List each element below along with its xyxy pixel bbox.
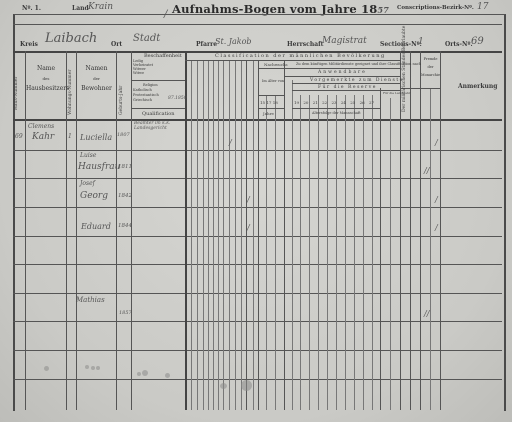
tick-mark: / bbox=[435, 138, 438, 147]
tick-mark: // bbox=[424, 166, 429, 175]
ink-stain bbox=[241, 380, 252, 391]
tick-mark: / bbox=[247, 223, 250, 232]
reserve-header: Für die Reserve bbox=[318, 85, 377, 90]
col-namen-bewohner: NamenderBewohner bbox=[77, 64, 116, 94]
conscription-value: 17 bbox=[477, 2, 488, 12]
tick-mark: // bbox=[424, 309, 429, 318]
col-hausnummer: Haus-Nummer bbox=[14, 80, 19, 110]
tick-mark: / bbox=[247, 195, 250, 204]
ink-stain bbox=[91, 366, 95, 370]
col-line bbox=[185, 51, 187, 410]
row-1-owner-last: Kahr bbox=[32, 132, 54, 142]
col-line bbox=[25, 51, 26, 410]
tick-mark: / bbox=[229, 138, 232, 147]
religion-title: Religion bbox=[143, 83, 158, 87]
row-7-resident: Mathias bbox=[76, 296, 105, 304]
qualification-header: Qualification bbox=[142, 111, 174, 117]
tick-mark: / bbox=[435, 223, 438, 232]
title-divider bbox=[13, 24, 502, 25]
conscription-label: Conscriptions-Bezirk-Nº. bbox=[397, 5, 474, 11]
row-3-resident-last: Georg bbox=[80, 191, 108, 201]
row-2-resident-first: Luise bbox=[80, 152, 96, 159]
check-mark: / bbox=[164, 9, 167, 20]
land-label: Land bbox=[72, 5, 89, 12]
tick-mark: / bbox=[435, 195, 438, 204]
col-line bbox=[76, 51, 77, 410]
classification-title: Classification der männlichen Bevölkerun… bbox=[215, 53, 386, 59]
col-line bbox=[66, 51, 67, 410]
ink-stain bbox=[85, 365, 89, 369]
row-1-year: 1807 bbox=[117, 132, 130, 138]
row-7-year: 1857 bbox=[119, 310, 132, 316]
militaer-beurlaubte-header: Der militärischen Standes Beurlaubte bbox=[402, 62, 407, 112]
row-2-year: 1811 bbox=[118, 164, 132, 170]
row-1-resident: Luciella bbox=[80, 133, 112, 142]
ink-stain bbox=[137, 372, 141, 376]
col-wohnung: Wohnungs-Nummer bbox=[68, 75, 73, 115]
col-name-hausbesitzer: NamedesHausbesitzers bbox=[26, 64, 66, 94]
sheet-number: Nº. 1. bbox=[22, 5, 41, 12]
ages-left: 15 17 18 bbox=[260, 100, 278, 105]
nachwuchs-header: Nachwuchs bbox=[264, 62, 288, 67]
altersfolge-label: Altersfolge der Mannschaft bbox=[312, 111, 361, 115]
col-line bbox=[131, 51, 132, 410]
col-geburtsjahr: Geburts-Jahr bbox=[119, 85, 124, 115]
beschaffenheit-rows: LedigVerheiratetWitwerWitwe bbox=[133, 59, 153, 75]
census-sheet: Nº. 1. Land Krain Aufnahms-Bogen vom Jah… bbox=[0, 0, 512, 422]
row-1-qualification: Beamter im k.k. Landesgericht bbox=[134, 121, 184, 131]
religion-rows: KatholischProtestantischGriechisch bbox=[133, 88, 159, 103]
row-1-dwelling: 1 bbox=[68, 133, 72, 140]
land-value: Krain bbox=[88, 2, 113, 12]
ink-stain bbox=[142, 370, 148, 376]
ages-right: 19 20 21 22 23 24 25 26 27 bbox=[294, 100, 374, 105]
im-alter-header: Im Alter von bbox=[262, 79, 284, 83]
col-line bbox=[116, 51, 117, 410]
row-3-resident-first: Josef bbox=[80, 180, 95, 187]
religion-value: 87.1850 bbox=[168, 96, 187, 101]
row-3-year: 1842 bbox=[118, 193, 132, 199]
row-4-year: 1844 bbox=[118, 223, 132, 229]
row-1-house-no: 69 bbox=[15, 133, 23, 140]
ink-stain bbox=[96, 366, 100, 370]
anmerkung-header: Anmerkung bbox=[458, 83, 497, 90]
ink-stain bbox=[165, 373, 170, 378]
ink-stain bbox=[44, 366, 49, 371]
ink-stain bbox=[220, 383, 227, 389]
row-4-resident: Eduard bbox=[81, 222, 111, 231]
row-2-resident-last: Hausfrau bbox=[78, 162, 120, 172]
vorgemerkte-header: Vorgemerkte zum Dienste bbox=[310, 78, 404, 83]
row-1-owner-first: Clemens bbox=[28, 123, 54, 130]
anwendbar-header: Anwendbare bbox=[318, 70, 367, 75]
fremde-header: FremdederMonarchie bbox=[421, 55, 440, 79]
jahre-label: Jahre bbox=[263, 111, 274, 116]
